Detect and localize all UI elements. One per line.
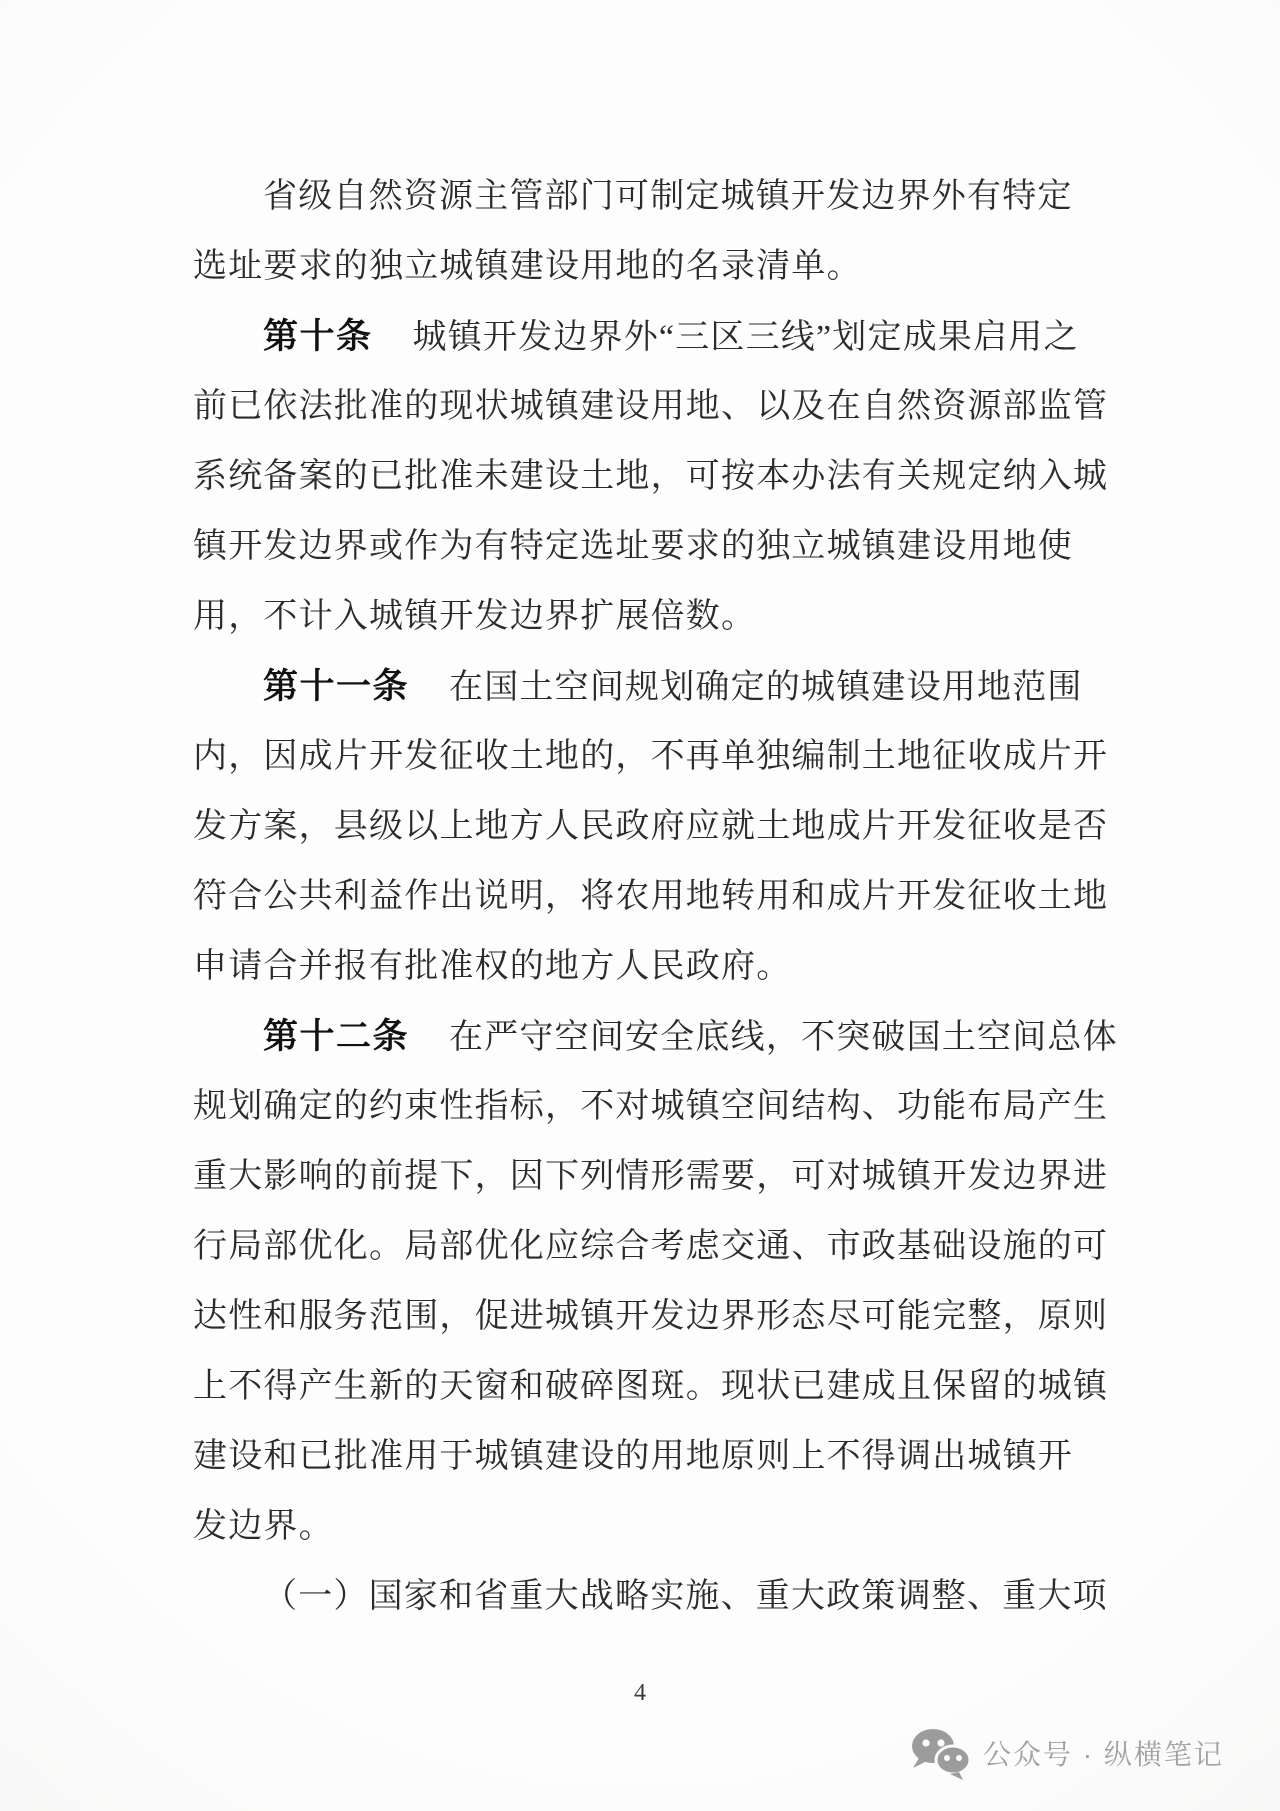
text-block: 省级自然资源主管部门可制定城镇开发边界外有特定选址要求的独立城镇建设用地的名录清… [193, 162, 1133, 1632]
article-number: 第十二条 [263, 1017, 409, 1056]
body-text: 符合公共利益作出说明，将农用地转用和成片开发征收土地 [193, 878, 1108, 915]
text-line: 第十二条在严守空间安全底线，不突破国土空间总体 [193, 1002, 1133, 1072]
text-line: 第十一条在国土空间规划确定的城镇建设用地范围 [193, 652, 1133, 722]
body-text: 选址要求的独立城镇建设用地的名录清单。 [193, 248, 862, 285]
text-line: 重大影响的前提下，因下列情形需要，可对城镇开发边界进 [193, 1142, 1133, 1212]
watermark-text: 公众号 · 纵横笔记 [983, 1733, 1224, 1773]
text-line: 内，因成片开发征收土地的，不再单独编制土地征收成片开 [193, 722, 1133, 792]
body-text: 达性和服务范围，促进城镇开发边界形态尽可能完整，原则 [193, 1298, 1108, 1335]
text-line: 镇开发边界或作为有特定选址要求的独立城镇建设用地使 [193, 512, 1133, 582]
body-text: 建设和已批准用于城镇建设的用地原则上不得调出城镇开 [193, 1438, 1073, 1475]
body-text: 在严守空间安全底线，不突破国土空间总体 [449, 1019, 1118, 1056]
page-number: 4 [0, 1680, 1280, 1707]
body-text: 重大影响的前提下，因下列情形需要，可对城镇开发边界进 [193, 1158, 1108, 1195]
body-text: 内，因成片开发征收土地的，不再单独编制土地征收成片开 [193, 738, 1108, 775]
text-line: 达性和服务范围，促进城镇开发边界形态尽可能完整，原则 [193, 1282, 1133, 1352]
body-text: 城镇开发边界外“三区三线”划定成果启用之 [413, 319, 1079, 356]
body-text: 发方案，县级以上地方人民政府应就土地成片开发征收是否 [193, 808, 1108, 845]
article-number: 第十一条 [263, 667, 409, 706]
body-text: 申请合并报有批准权的地方人民政府。 [193, 948, 791, 985]
body-text: 用，不计入城镇开发边界扩展倍数。 [193, 598, 756, 635]
text-line: 发方案，县级以上地方人民政府应就土地成片开发征收是否 [193, 792, 1133, 862]
text-line: 发边界。 [193, 1492, 1133, 1562]
body-text: 在国土空间规划确定的城镇建设用地范围 [449, 669, 1083, 706]
body-text: 上不得产生新的天窗和破碎图斑。现状已建成且保留的城镇 [193, 1368, 1108, 1405]
body-text: 行局部优化。局部优化应综合考虑交通、市政基础设施的可 [193, 1228, 1108, 1265]
article-number: 第十条 [263, 317, 373, 356]
text-line: 上不得产生新的天窗和破碎图斑。现状已建成且保留的城镇 [193, 1352, 1133, 1422]
wechat-chat-bubbles-icon [903, 1726, 975, 1780]
body-text: 规划确定的约束性指标，不对城镇空间结构、功能布局产生 [193, 1088, 1108, 1125]
text-line: 申请合并报有批准权的地方人民政府。 [193, 932, 1133, 1002]
body-text: 发边界。 [193, 1508, 334, 1545]
text-line: 用，不计入城镇开发边界扩展倍数。 [193, 582, 1133, 652]
watermark: 公众号 · 纵横笔记 [903, 1726, 1224, 1780]
text-line: 第十条城镇开发边界外“三区三线”划定成果启用之 [193, 302, 1133, 372]
text-line: （一）国家和省重大战略实施、重大政策调整、重大项 [193, 1562, 1133, 1632]
body-text: 前已依法批准的现状城镇建设用地、以及在自然资源部监管 [193, 388, 1108, 425]
body-text: 系统备案的已批准未建设土地，可按本办法有关规定纳入城 [193, 458, 1108, 495]
text-line: 前已依法批准的现状城镇建设用地、以及在自然资源部监管 [193, 372, 1133, 442]
text-line: 符合公共利益作出说明，将农用地转用和成片开发征收土地 [193, 862, 1133, 932]
text-line: 系统备案的已批准未建设土地，可按本办法有关规定纳入城 [193, 442, 1133, 512]
document-page: 省级自然资源主管部门可制定城镇开发边界外有特定选址要求的独立城镇建设用地的名录清… [0, 0, 1280, 1811]
body-text: （一）国家和省重大战略实施、重大政策调整、重大项 [263, 1578, 1108, 1615]
text-line: 建设和已批准用于城镇建设的用地原则上不得调出城镇开 [193, 1422, 1133, 1492]
text-line: 选址要求的独立城镇建设用地的名录清单。 [193, 232, 1133, 302]
body-text: 镇开发边界或作为有特定选址要求的独立城镇建设用地使 [193, 528, 1073, 565]
text-line: 行局部优化。局部优化应综合考虑交通、市政基础设施的可 [193, 1212, 1133, 1282]
text-line: 省级自然资源主管部门可制定城镇开发边界外有特定 [193, 162, 1133, 232]
text-line: 规划确定的约束性指标，不对城镇空间结构、功能布局产生 [193, 1072, 1133, 1142]
body-text: 省级自然资源主管部门可制定城镇开发边界外有特定 [263, 178, 1073, 215]
